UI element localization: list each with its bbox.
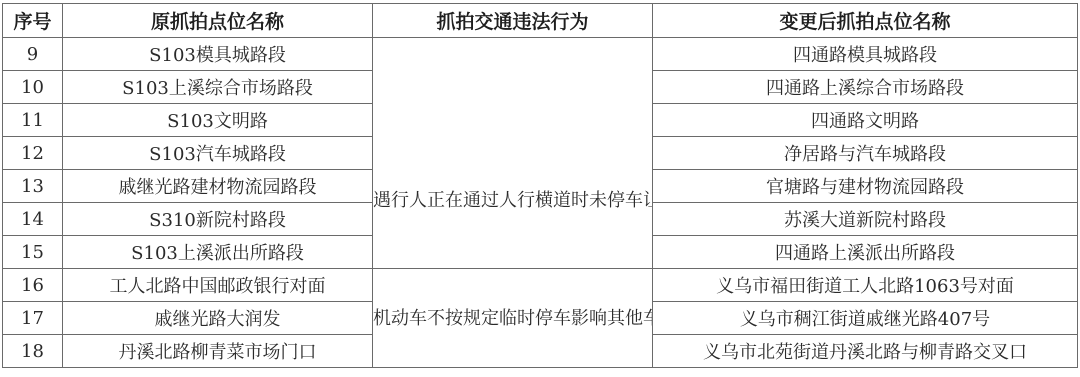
- violation-behavior: 机动车不按规定临时停车影响其他车辆和行人通行的: [373, 269, 653, 368]
- original-location: S103模具城路段: [63, 38, 373, 71]
- serial-number: 9: [3, 38, 63, 71]
- original-location: 工人北路中国邮政银行对面: [63, 269, 373, 302]
- serial-number: 14: [3, 203, 63, 236]
- table-header-row: 序号 原抓拍点位名称 抓拍交通违法行为 变更后抓拍点位名称: [3, 4, 1078, 38]
- original-location: S103文明路: [63, 104, 373, 137]
- changed-location: 义乌市稠江街道戚继光路407号: [653, 302, 1078, 335]
- header-serial-number: 序号: [3, 4, 63, 38]
- serial-number: 17: [3, 302, 63, 335]
- serial-number: 16: [3, 269, 63, 302]
- serial-number: 13: [3, 170, 63, 203]
- changed-location: 四通路模具城路段: [653, 38, 1078, 71]
- changed-location: 义乌市福田街道工人北路1063号对面: [653, 269, 1078, 302]
- original-location: 戚继光路大润发: [63, 302, 373, 335]
- original-location: S103上溪派出所路段: [63, 236, 373, 269]
- changed-location: 官塘路与建材物流园路段: [653, 170, 1078, 203]
- original-location: S310新院村路段: [63, 203, 373, 236]
- serial-number: 10: [3, 71, 63, 104]
- camera-location-change-table: 序号 原抓拍点位名称 抓拍交通违法行为 变更后抓拍点位名称 9 S103模具城路…: [2, 3, 1078, 368]
- table-row: 9 S103模具城路段 遇行人正在通过人行横道时未停车让行的 四通路模具城路段: [3, 38, 1078, 71]
- serial-number: 18: [3, 335, 63, 368]
- table-row: 16 工人北路中国邮政银行对面 机动车不按规定临时停车影响其他车辆和行人通行的 …: [3, 269, 1078, 302]
- changed-location: 苏溪大道新院村路段: [653, 203, 1078, 236]
- changed-location: 净居路与汽车城路段: [653, 137, 1078, 170]
- serial-number: 11: [3, 104, 63, 137]
- changed-location: 四通路上溪派出所路段: [653, 236, 1078, 269]
- header-violation-behavior: 抓拍交通违法行为: [373, 4, 653, 38]
- serial-number: 15: [3, 236, 63, 269]
- changed-location: 四通路上溪综合市场路段: [653, 71, 1078, 104]
- changed-location: 义乌市北苑街道丹溪北路与柳青路交叉口: [653, 335, 1078, 368]
- original-location: 丹溪北路柳青菜市场门口: [63, 335, 373, 368]
- original-location: 戚继光路建材物流园路段: [63, 170, 373, 203]
- header-original-location: 原抓拍点位名称: [63, 4, 373, 38]
- serial-number: 12: [3, 137, 63, 170]
- header-changed-location: 变更后抓拍点位名称: [653, 4, 1078, 38]
- original-location: S103上溪综合市场路段: [63, 71, 373, 104]
- original-location: S103汽车城路段: [63, 137, 373, 170]
- changed-location: 四通路文明路: [653, 104, 1078, 137]
- violation-behavior: 遇行人正在通过人行横道时未停车让行的: [373, 38, 653, 269]
